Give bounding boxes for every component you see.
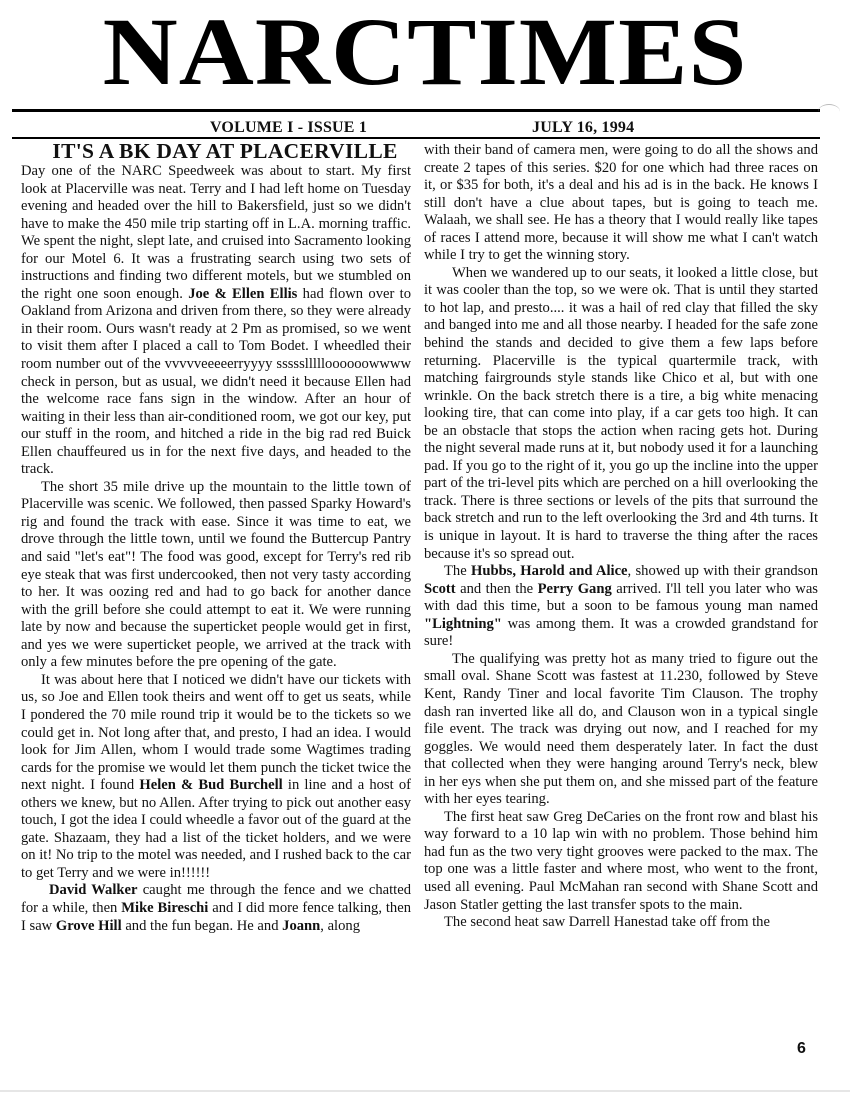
issue-date: JULY 16, 1994 (532, 119, 634, 137)
paragraph-1: Day one of the NARC Speedweek was about … (21, 163, 411, 479)
paragraph-8: The qualifying was pretty hot as many tr… (424, 651, 818, 809)
article-left-column: IT'S A BK DAY AT PLACERVILLE Day one of … (21, 140, 411, 935)
text-run: , showed up with their grandson (628, 563, 818, 579)
name-highlight: "Lightning" (424, 616, 502, 632)
text-run: and the fun began. He and (122, 918, 282, 934)
name-highlight: Joe & Ellen Ellis (188, 286, 297, 302)
name-highlight: Helen & Bud Burchell (139, 777, 282, 793)
page-number: 6 (797, 1040, 806, 1058)
text-run: The (444, 563, 471, 579)
text-run: , along (320, 918, 360, 934)
article-headline: IT'S A BK DAY AT PLACERVILLE (21, 140, 411, 162)
name-highlight: Scott (424, 581, 456, 597)
article-right-column: with their band of camera men, were goin… (424, 142, 818, 932)
name-highlight: Joann (282, 918, 320, 934)
issue-volume: VOLUME I - ISSUE 1 (210, 119, 367, 137)
text-run: and then the (456, 581, 538, 597)
text-run: Day one of the NARC Speedweek was about … (21, 163, 411, 302)
scan-bottom-edge (0, 1090, 850, 1092)
paragraph-2: The short 35 mile drive up the mountain … (21, 479, 411, 672)
text-run: It was about here that I noticed we didn… (21, 672, 411, 793)
paragraph-6: When we wandered up to our seats, it loo… (424, 265, 818, 563)
paragraph-10: The second heat saw Darrell Hanestad tak… (424, 914, 818, 932)
masthead-rule (12, 109, 820, 112)
name-highlight: David Walker (49, 882, 137, 898)
page-curl-mark (818, 104, 840, 119)
name-highlight: Perry Gang (538, 581, 612, 597)
name-highlight: Grove Hill (56, 918, 122, 934)
masthead-title: NARCTIMES (0, 6, 850, 99)
paragraph-5: with their band of camera men, were goin… (424, 142, 818, 265)
paragraph-4: David Walker caught me through the fence… (21, 882, 411, 935)
paragraph-3: It was about here that I noticed we didn… (21, 672, 411, 883)
name-highlight: Hubbs, Harold and Alice (471, 563, 628, 579)
text-run: had flown over to Oakland from Arizona a… (21, 286, 411, 477)
paragraph-9: The first heat saw Greg DeCaries on the … (424, 809, 818, 914)
paragraph-7: The Hubbs, Harold and Alice, showed up w… (424, 563, 818, 651)
name-highlight: Mike Bireschi (121, 900, 208, 916)
